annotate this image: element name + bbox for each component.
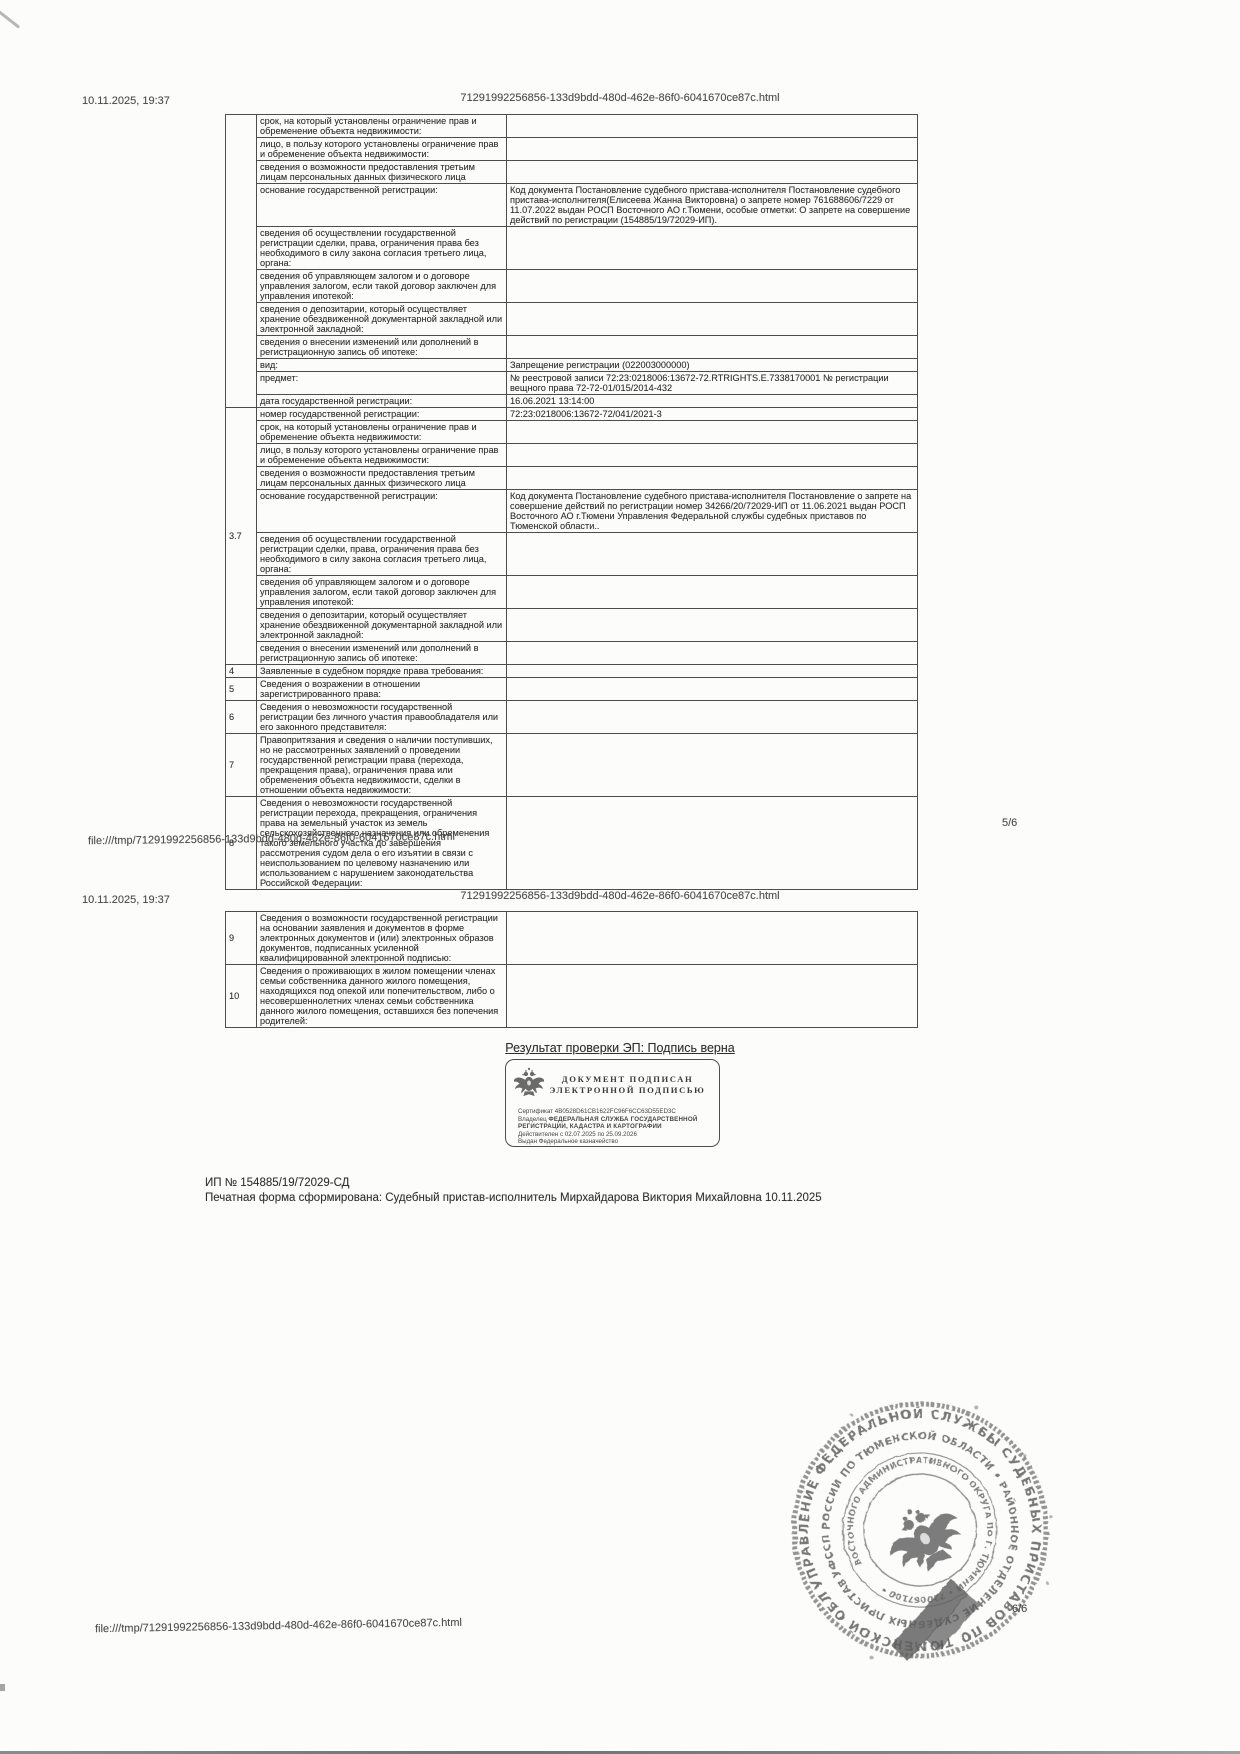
field-label: Сведения о возражении в отношении зареги… <box>257 678 507 701</box>
scan-artifact-edge-mark <box>0 1684 5 1691</box>
table-row: вид:Запрещение регистрации (022003000000… <box>226 359 918 372</box>
row-group-number: 4 <box>226 665 257 678</box>
field-label: сведения о депозитарии, который осуществ… <box>257 303 507 336</box>
stamp-owner: Владелец ФЕДЕРАЛЬНАЯ СЛУЖБА ГОСУДАРСТВЕН… <box>518 1116 709 1131</box>
scan-artifact-corner <box>0 10 20 28</box>
seal-eagle-emblem <box>875 1491 973 1584</box>
field-value <box>507 912 918 965</box>
table-row: основание государственной регистрации:Ко… <box>226 184 918 227</box>
field-value <box>507 270 918 303</box>
print-footer-fileurl-p6: file:///tmp/71291992256856-133d9bdd-480d… <box>95 1617 462 1635</box>
field-label: Правопритязания и сведения о наличии пос… <box>257 734 507 797</box>
table-row: основание государственной регистрации:Ко… <box>226 490 918 533</box>
table-row: сведения об управляющем залогом и о дого… <box>226 270 918 303</box>
field-label: Заявленные в судебном порядке права треб… <box>257 665 507 678</box>
row-group-number: 7 <box>226 734 257 797</box>
field-value <box>507 665 918 678</box>
registry-table-page6: 9Сведения о возможности государственной … <box>225 911 918 1028</box>
field-label: срок, на который установлены ограничение… <box>257 115 507 138</box>
table-row: 10Сведения о проживающих в жилом помещен… <box>226 965 918 1028</box>
field-label: лицо, в пользу которого установлены огра… <box>257 444 507 467</box>
table-row: сведения о возможности предоставления тр… <box>226 467 918 490</box>
field-value <box>507 576 918 609</box>
field-label: сведения о возможности предоставления тр… <box>257 161 507 184</box>
table-row: срок, на который установлены ограничение… <box>226 421 918 444</box>
field-label: основание государственной регистрации: <box>257 490 507 533</box>
field-value: Код документа Постановление судебного пр… <box>507 184 918 227</box>
field-value <box>507 467 918 490</box>
row-group-number: 6 <box>226 701 257 734</box>
stamp-issuer: Выдан Федеральное казначейство <box>518 1138 709 1146</box>
coat-of-arms-icon <box>514 1066 544 1103</box>
field-label: сведения о депозитарии, который осуществ… <box>257 609 507 642</box>
field-label: вид: <box>257 359 507 372</box>
field-label: сведения об осуществлении государственно… <box>257 227 507 270</box>
registry-table-page5: срок, на который установлены ограничение… <box>225 114 918 890</box>
field-value <box>507 797 918 890</box>
table-row: срок, на который установлены ограничение… <box>226 115 918 138</box>
field-value: № реестровой записи 72:23:0218006:13672-… <box>507 372 918 395</box>
page-number-p6: 6/6 <box>1012 1603 1027 1615</box>
signature-check-result: Результат проверки ЭП: Подпись верна <box>0 1041 1240 1055</box>
page-number-p5: 5/6 <box>1002 817 1017 829</box>
field-value: Код документа Постановление судебного пр… <box>507 490 918 533</box>
table-row: сведения о внесении изменений или дополн… <box>226 642 918 665</box>
row-group-number: 10 <box>226 965 257 1028</box>
field-label: сведения об управляющем залогом и о дого… <box>257 576 507 609</box>
stamp-certificate: Сертификат 4B0528D61CB1622FC96F6CC63D55E… <box>518 1108 709 1116</box>
field-label: дата государственной регистрации: <box>257 395 507 408</box>
field-value <box>507 336 918 359</box>
field-value <box>507 161 918 184</box>
scanned-document-page: 10.11.2025, 19:37 71291992256856-133d9bd… <box>0 0 1240 1754</box>
stamp-title-line2: ЭЛЕКТРОННОЙ ПОДПИСЬЮ <box>544 1085 711 1096</box>
print-header-filename-p5: 71291992256856-133d9bdd-480d-462e-86f0-6… <box>0 92 1240 104</box>
field-value <box>507 303 918 336</box>
table-row: сведения об осуществлении государственно… <box>226 227 918 270</box>
table-row: сведения о депозитарии, который осуществ… <box>226 303 918 336</box>
row-group-number: 3.7 <box>226 408 257 665</box>
field-label: срок, на который установлены ограничение… <box>257 421 507 444</box>
field-label: лицо, в пользу которого установлены огра… <box>257 138 507 161</box>
field-label: основание государственной регистрации: <box>257 184 507 227</box>
field-label: Сведения о невозможности государственной… <box>257 701 507 734</box>
field-label: предмет: <box>257 372 507 395</box>
row-group-number <box>226 115 257 408</box>
field-label: сведения о возможности предоставления тр… <box>257 467 507 490</box>
esignature-stamp: ДОКУМЕНТ ПОДПИСАН ЭЛЕКТРОННОЙ ПОДПИСЬЮ С… <box>505 1059 720 1147</box>
table-row: сведения об управляющем залогом и о дого… <box>226 576 918 609</box>
print-header-filename-p6: 71291992256856-133d9bdd-480d-462e-86f0-6… <box>0 890 1240 902</box>
table-row: сведения о депозитарии, который осуществ… <box>226 609 918 642</box>
field-value <box>507 965 918 1028</box>
table-row: лицо, в пользу которого установлены огра… <box>226 138 918 161</box>
table-row: сведения об осуществлении государственно… <box>226 533 918 576</box>
row-group-number: 9 <box>226 912 257 965</box>
field-value <box>507 609 918 642</box>
table-row: предмет:№ реестровой записи 72:23:021800… <box>226 372 918 395</box>
table-row: лицо, в пользу которого установлены огра… <box>226 444 918 467</box>
field-value <box>507 115 918 138</box>
table-row: 7Правопритязания и сведения о наличии по… <box>226 734 918 797</box>
row-group-number: 5 <box>226 678 257 701</box>
table-row: 3.7номер государственной регистрации:72:… <box>226 408 918 421</box>
field-label: сведения об управляющем залогом и о дого… <box>257 270 507 303</box>
field-value: Запрещение регистрации (022003000000) <box>507 359 918 372</box>
field-value <box>507 734 918 797</box>
field-label: сведения о внесении изменений или дополн… <box>257 336 507 359</box>
field-label: номер государственной регистрации: <box>257 408 507 421</box>
stamp-validity: Действителен с 02.07.2025 по 25.09.2026 <box>518 1131 709 1139</box>
field-value <box>507 533 918 576</box>
table-row: 6Сведения о невозможности государственно… <box>226 701 918 734</box>
field-label: сведения об осуществлении государственно… <box>257 533 507 576</box>
official-seal: УПРАВЛЕНИЕ ФЕДЕРАЛЬНОЙ СЛУЖБЫ СУДЕБНЫХ П… <box>778 1388 1062 1672</box>
stamp-title-line1: ДОКУМЕНТ ПОДПИСАН <box>544 1074 711 1085</box>
table-row: 4Заявленные в судебном порядке права тре… <box>226 665 918 678</box>
field-value: 72:23:0218006:13672-72/041/2021-3 <box>507 408 918 421</box>
field-value <box>507 421 918 444</box>
stamp-owner-label: Владелец <box>518 1116 547 1123</box>
table-row: сведения о внесении изменений или дополн… <box>226 336 918 359</box>
field-value <box>507 138 918 161</box>
table-row: сведения о возможности предоставления тр… <box>226 161 918 184</box>
enforcement-case-number: ИП № 154885/19/72029-СД <box>205 1176 822 1191</box>
table-row: дата государственной регистрации:16.06.2… <box>226 395 918 408</box>
printed-form-author: Печатная форма сформирована: Судебный пр… <box>205 1191 822 1206</box>
field-value <box>507 678 918 701</box>
table-row: 9Сведения о возможности государственной … <box>226 912 918 965</box>
field-label: Сведения о возможности государственной р… <box>257 912 507 965</box>
field-label: сведения о внесении изменений или дополн… <box>257 642 507 665</box>
field-value <box>507 227 918 270</box>
table-row: 5Сведения о возражении в отношении зарег… <box>226 678 918 701</box>
field-value <box>507 701 918 734</box>
field-value <box>507 444 918 467</box>
field-value: 16.06.2021 13:14:00 <box>507 395 918 408</box>
field-value <box>507 642 918 665</box>
field-label: Сведения о проживающих в жилом помещении… <box>257 965 507 1028</box>
